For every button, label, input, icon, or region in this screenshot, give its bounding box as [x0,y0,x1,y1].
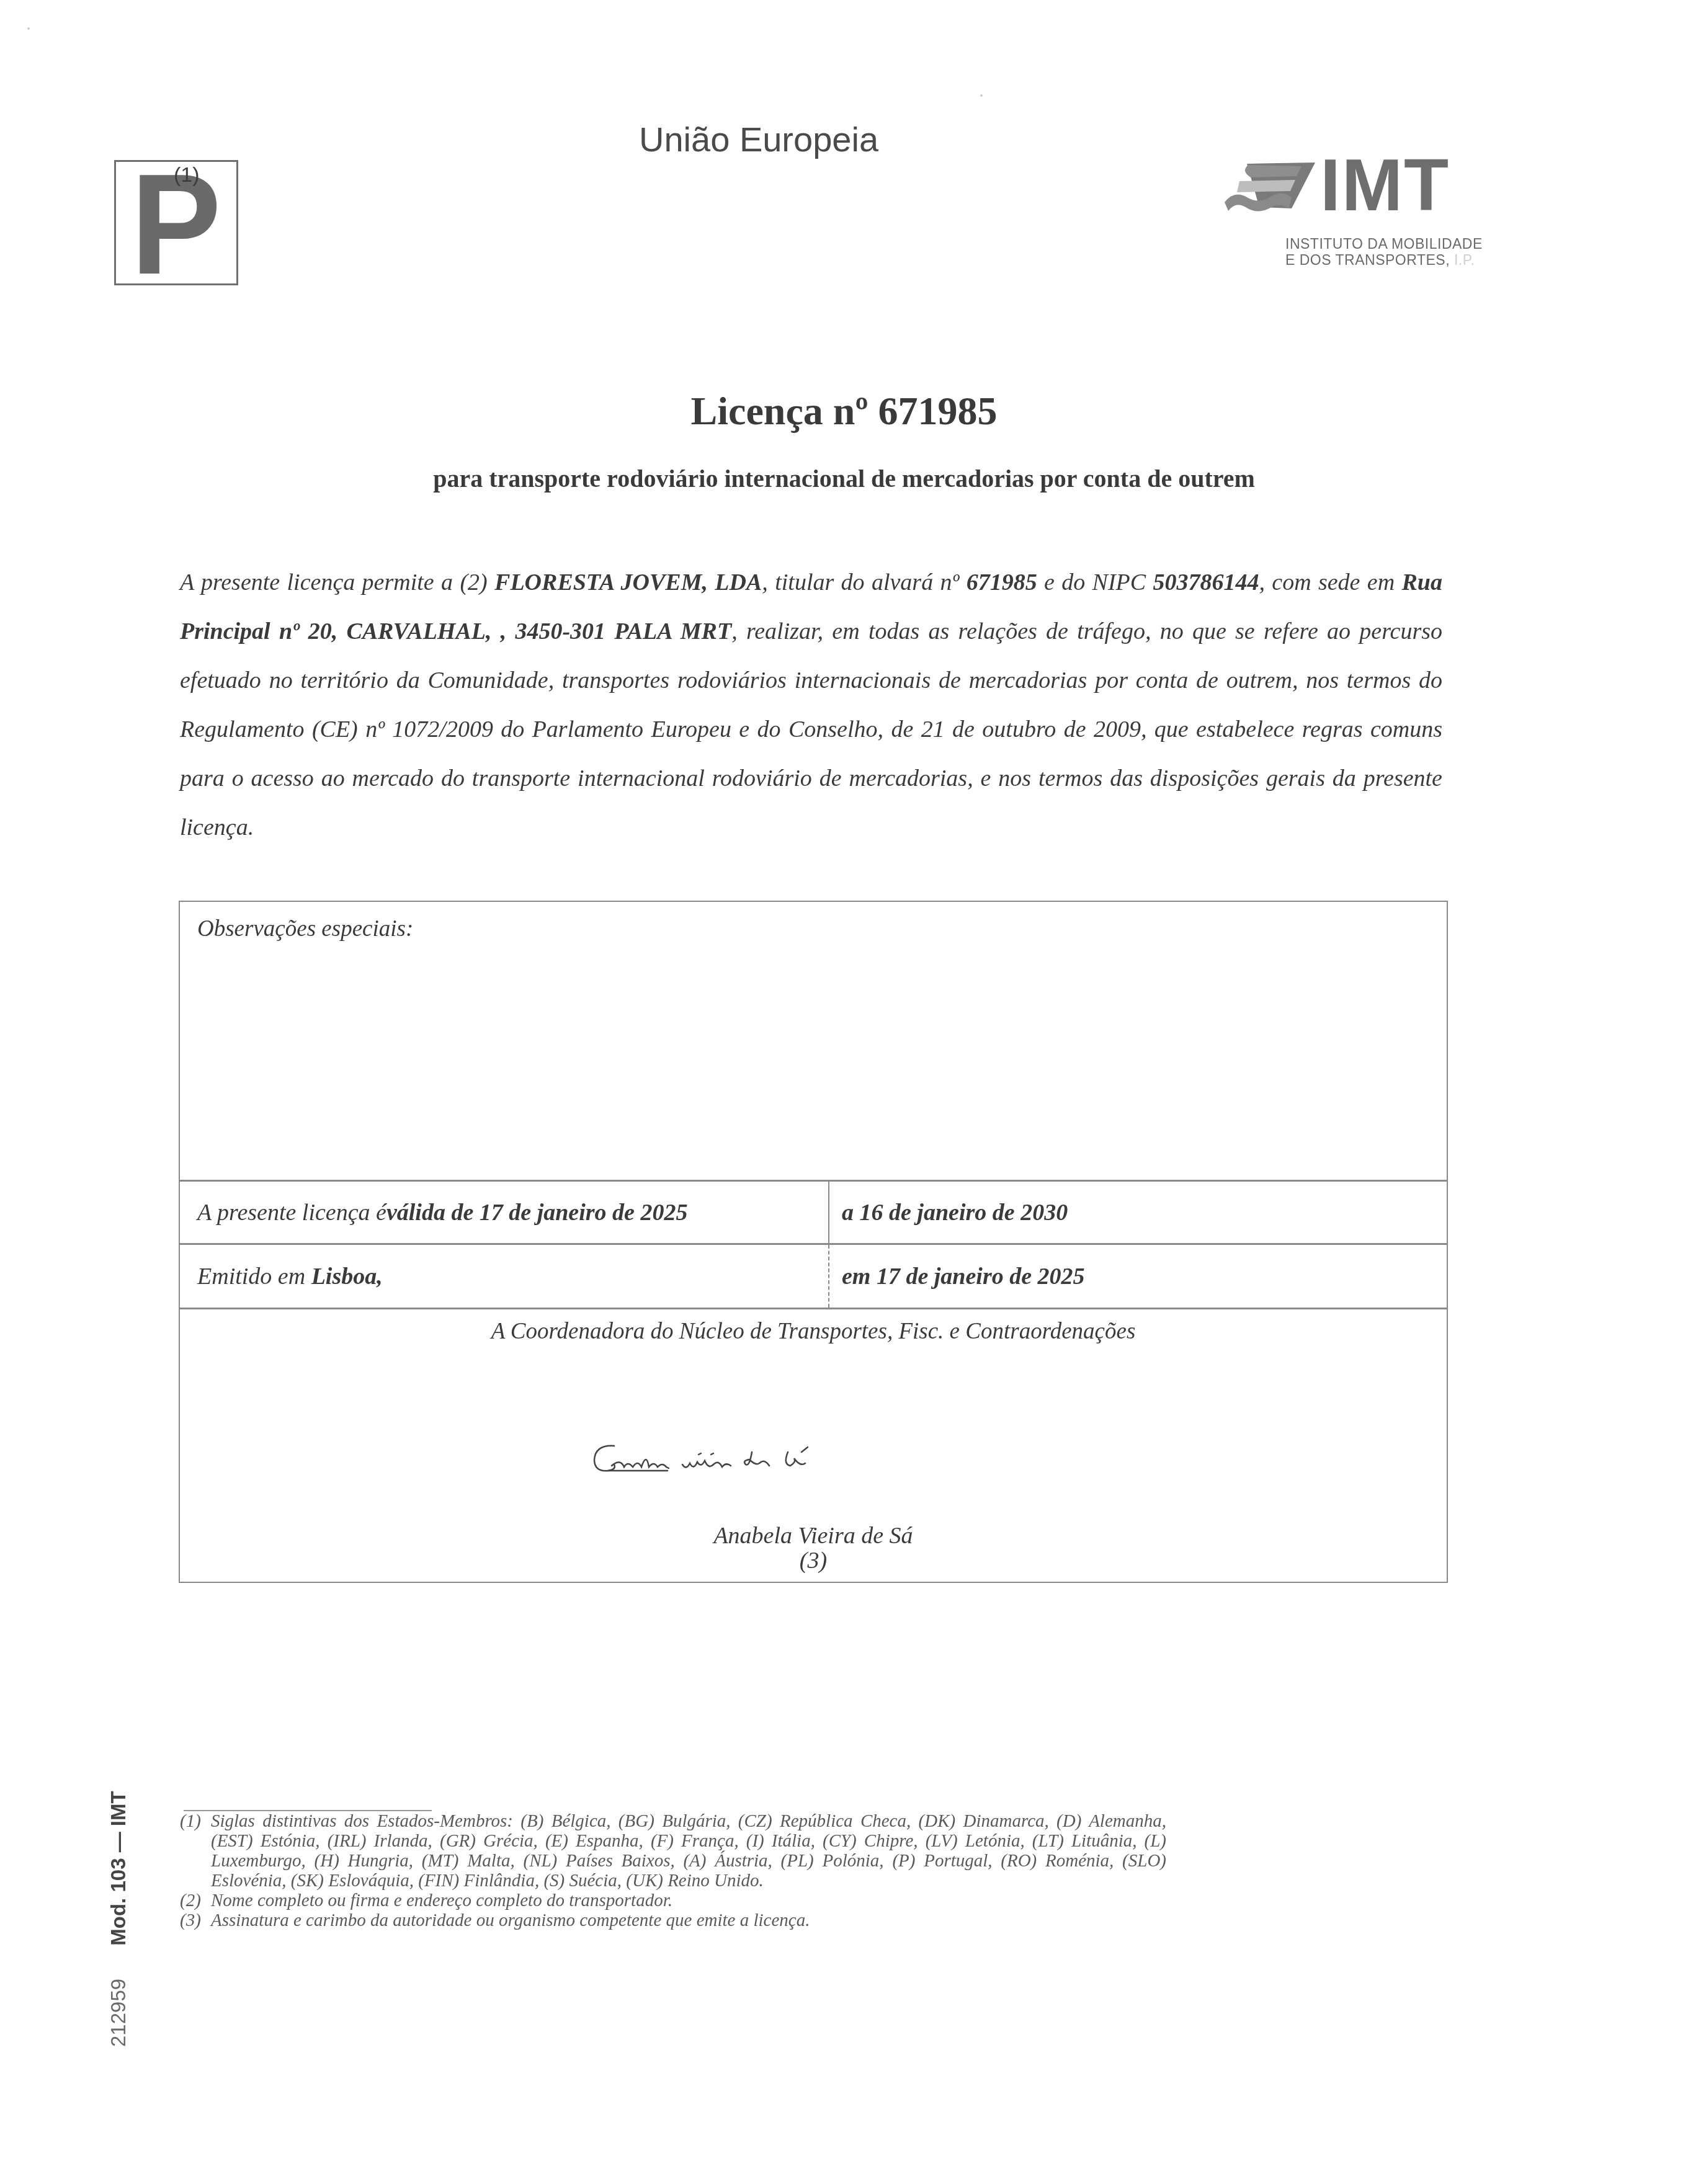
form-model-code: Mod. 103 — IMT [107,1791,130,1945]
issued-place: Emitido em Lisboa, [197,1245,824,1308]
signatory-role: A Coordenadora do Núcleo de Transportes,… [180,1318,1447,1345]
signer: Anabela Vieira de Sá (3) [180,1523,1447,1573]
observations-label: Observações especiais: [197,916,413,942]
footnote-1: (1) Siglas distintivas dos Estados-Membr… [180,1811,1166,1891]
issued-date: em 17 de janeiro de 2025 [828,1245,1442,1308]
validity-row: A presente licença é válida de 17 de jan… [180,1180,1447,1243]
side-margin-text: 212959 Mod. 103 — IMT [107,1791,130,2047]
license-subtitle: para transporte rodoviário internacional… [0,464,1688,493]
footnotes: (1) Siglas distintivas dos Estados-Membr… [180,1811,1166,1930]
signer-footnote-ref: (3) [180,1548,1447,1573]
validity-from: A presente licença é válida de 17 de jan… [197,1182,824,1243]
signature-block: A Coordenadora do Núcleo de Transportes,… [180,1308,1447,1583]
union-title: União Europeia [639,119,878,159]
imt-logo-wordmark: IMT [1320,149,1450,222]
imt-logo: IMT INSTITUTO DA MOBILIDADE E DOS TRANSP… [1216,149,1476,273]
alvara-number: 671985 [967,569,1037,595]
scan-speck [980,94,983,97]
scan-speck [27,27,30,30]
country-plate-footnote-ref: (1) [174,163,200,187]
form-serial-number: 212959 [107,1979,130,2047]
imt-wave-logo-icon [1222,159,1315,215]
footnote-3: (3) Assinatura e carimbo da autoridade o… [180,1910,1166,1930]
license-title: Licença nº 671985 [0,388,1688,434]
handwritten-signature [589,1433,900,1483]
validity-to: a 16 de janeiro de 2030 [828,1182,1442,1243]
footnote-2: (2) Nome completo ou firma e endereço co… [180,1891,1166,1910]
license-body-paragraph: A presente licença permite a (2) FLOREST… [180,558,1442,852]
signer-name: Anabela Vieira de Sá [180,1523,1447,1548]
issued-row: Emitido em Lisboa, em 17 de janeiro de 2… [180,1243,1447,1308]
company-name: FLORESTA JOVEM, LDA [494,569,762,595]
nipc-number: 503786144 [1153,569,1259,595]
imt-logo-subtitle: INSTITUTO DA MOBILIDADE E DOS TRANSPORTE… [1285,236,1483,268]
license-details-table: Observações especiais: A presente licenç… [179,901,1448,1583]
